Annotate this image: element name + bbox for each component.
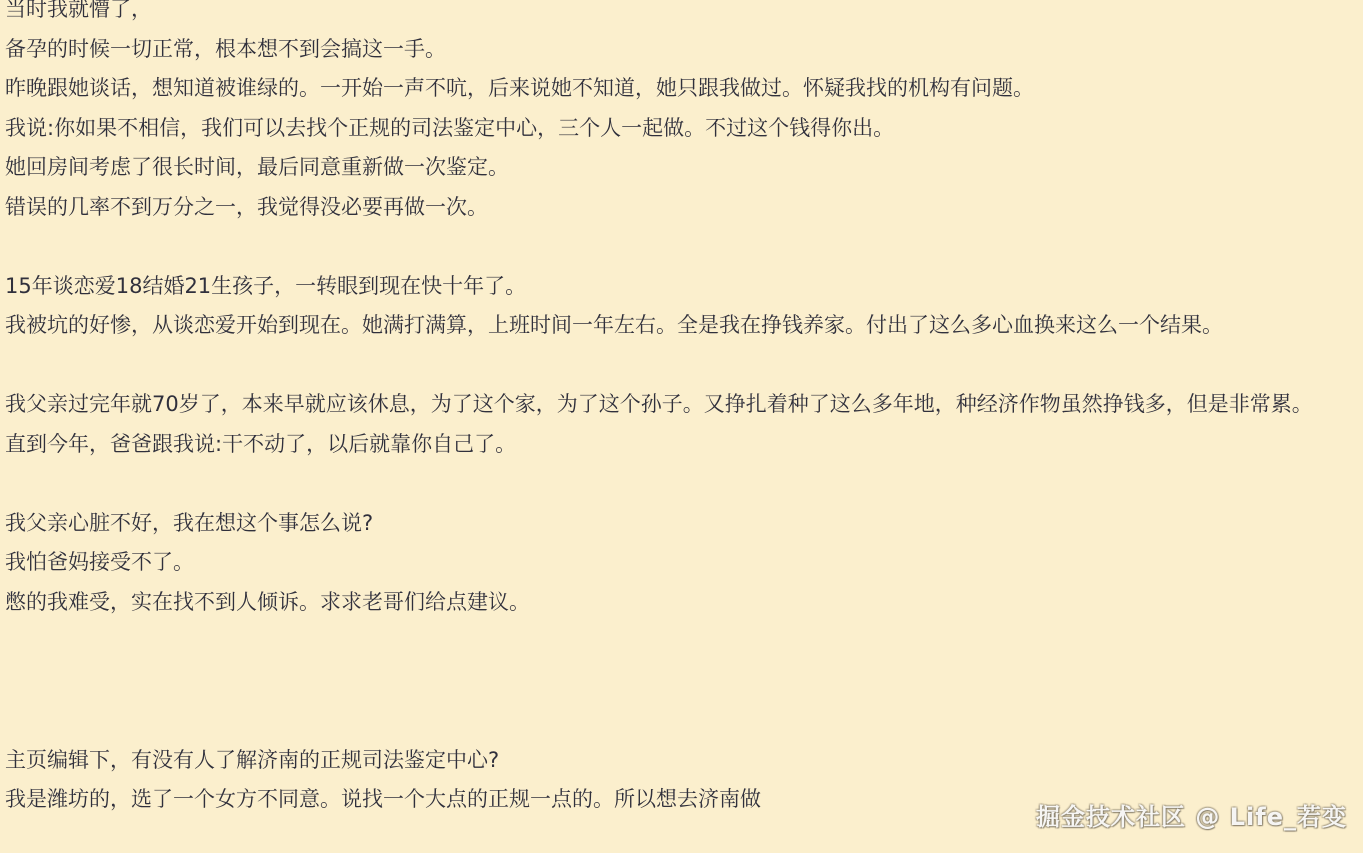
text-line [5, 622, 1363, 662]
article-text: 当时我就懵了，备孕的时候一切正常，根本想不到会搞这一手。昨晚跟她谈话，想知道被谁… [5, 0, 1363, 820]
watermark: 掘金技术社区 @ Life_若变 [1036, 797, 1347, 832]
text-line: 错误的几率不到万分之一，我觉得没必要再做一次。 [5, 188, 1363, 228]
text-line [5, 701, 1363, 741]
text-line: 憋的我难受，实在找不到人倾诉。求求老哥们给点建议。 [5, 583, 1363, 623]
text-line: 当时我就懵了， [5, 0, 1363, 30]
text-page: 当时我就懵了，备孕的时候一切正常，根本想不到会搞这一手。昨晚跟她谈话，想知道被谁… [0, 0, 1363, 853]
text-line [5, 227, 1363, 267]
text-line: 我父亲过完年就70岁了，本来早就应该休息，为了这个家，为了这个孙子。又挣扎着种了… [5, 385, 1363, 425]
text-line: 昨晚跟她谈话，想知道被谁绿的。一开始一声不吭，后来说她不知道，她只跟我做过。怀疑… [5, 69, 1363, 109]
text-line: 我怕爸妈接受不了。 [5, 543, 1363, 583]
text-line [5, 662, 1363, 702]
text-line: 主页编辑下，有没有人了解济南的正规司法鉴定中心? [5, 741, 1363, 781]
text-line: 备孕的时候一切正常，根本想不到会搞这一手。 [5, 30, 1363, 70]
text-line: 直到今年，爸爸跟我说:干不动了，以后就靠你自己了。 [5, 425, 1363, 465]
text-line: 我父亲心脏不好，我在想这个事怎么说? [5, 504, 1363, 544]
text-line: 15年谈恋爱18结婚21生孩子，一转眼到现在快十年了。 [5, 267, 1363, 307]
text-line [5, 464, 1363, 504]
text-line: 我说:你如果不相信，我们可以去找个正规的司法鉴定中心，三个人一起做。不过这个钱得… [5, 109, 1363, 149]
text-line [5, 346, 1363, 386]
text-line: 她回房间考虑了很长时间，最后同意重新做一次鉴定。 [5, 148, 1363, 188]
text-line: 我被坑的好惨，从谈恋爱开始到现在。她满打满算，上班时间一年左右。全是我在挣钱养家… [5, 306, 1363, 346]
